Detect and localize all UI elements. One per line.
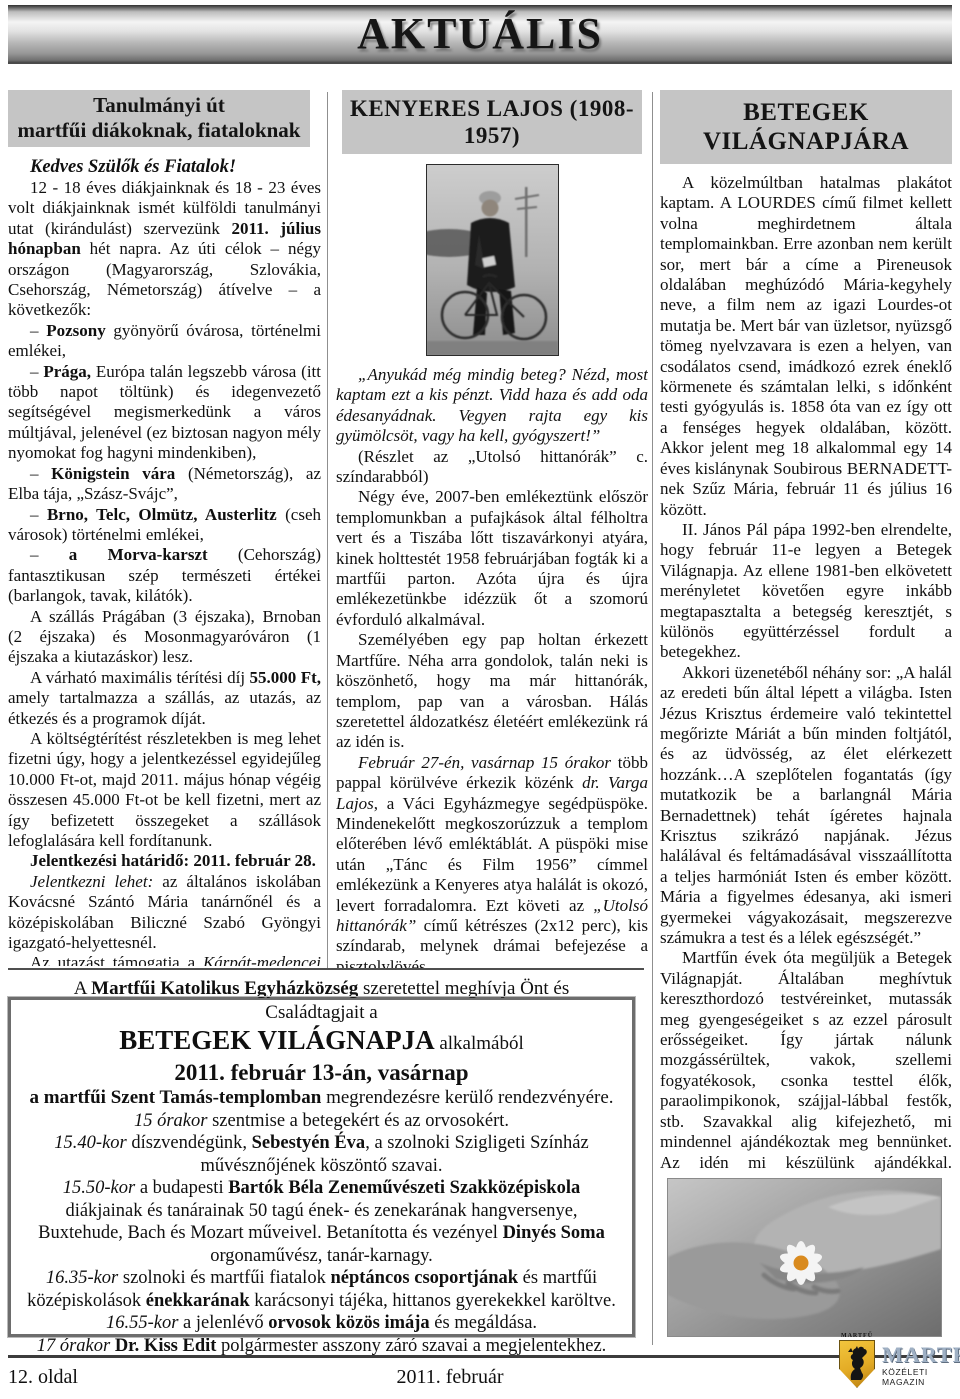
text-segment: díszvendégünk, [127,1133,252,1153]
hands-daisy-photo [667,1178,942,1337]
text-segment: a Morva-karszt [69,545,208,564]
paragraph: Négy éve, 2007-ben emlékeztünk először t… [336,487,648,630]
paragraph: 15.50-kor a budapesti Bartók Béla Zenemű… [22,1177,621,1267]
paragraph: A szállás Prágában (3 éjszaka), Brnoban … [8,607,321,668]
text-segment: II. János Pál pápa 1992-ben elrendelte, … [660,520,952,661]
shield-icon [839,1340,875,1388]
text-segment: 15.40-kor [54,1133,126,1153]
paragraph: A várható maximális térítési díj 55.000 … [8,668,321,729]
article-kenyeres-lajos: KENYERES LAJOS (1908-1957) [336,90,648,968]
text-segment: Jelentkezési határidő: 2011. február 28. [30,851,316,870]
text-segment: Dr. Kiss Edit [115,1336,217,1356]
martfu-wordmark: MARTFŰ KÖZÉLETI MAGAZIN [882,1343,960,1387]
text-segment: a jelenlévő [178,1313,268,1333]
text-segment: a budapesti [135,1178,228,1198]
footer-rule [8,1355,952,1358]
article-betegek-vilagnapjara: BETEGEK VILÁGNAPJÁRA A közelmúltban hata… [660,90,952,1176]
paragraph: Kedves Szülők és Fiatalok! [8,156,321,178]
text-segment: Prága, [43,362,91,381]
article-kenyeres-body: „Anyukád még mindig beteg? Nézd, most ka… [336,365,648,968]
text-segment: Kedves Szülők és Fiatalok! [30,157,236,177]
article-study-trip-title: Tanulmányi út martfűi diákoknak, fiatalo… [8,90,310,147]
text-segment: Jelentkezni lehet: [30,872,153,891]
text-segment: BETEGEK VILÁGNAPJA [119,1025,434,1055]
text-segment: Akkori üzenetéből néhány sor: „A halál a… [660,663,952,947]
text-segment: 2011. február 13-án, vasárnap [174,1060,468,1085]
kenyeres-photo-illustration [427,165,558,355]
text-segment: 15 órakor [134,1111,208,1131]
paragraph: – Königstein vára (Németország), az Elba… [8,464,321,505]
hands-daisy-illustration [668,1179,941,1336]
text-segment: (Részlet az „Utolsó hittanórák” c. színd… [336,447,648,486]
text-segment: Személyében egy pap holtan érkezett Mart… [336,630,648,751]
paragraph: Február 27-én, vasárnap 15 órakor több p… [336,753,648,968]
column-divider-right [652,92,653,1345]
text-segment: Brno, Telc, Olmütz, Austerlitz [47,505,277,524]
paragraph: „Anyukád még mindig beteg? Nézd, most ka… [336,365,648,447]
text-segment: énekkarának [146,1291,250,1311]
text-segment: – [30,464,51,483]
paragraph: – a Morva-karszt (Cehország) fantasztiku… [8,545,321,606]
wordmark-name: MARTFŰ [882,1343,960,1367]
text-segment: Martfűn évek óta megüljük a Betegek Vilá… [660,948,952,1176]
text-segment: Bartók Béla Zeneművészeti Szakközépiskol… [228,1178,580,1198]
text-segment: „Anyukád még mindig beteg? Nézd, most ka… [336,365,648,445]
paragraph: (Részlet az „Utolsó hittanórák” c. színd… [336,447,648,488]
wordmark-tagline: KÖZÉLETI MAGAZIN [882,1367,960,1387]
paragraph: A közelmúltban hatalmas plakátot kaptam.… [660,173,952,520]
text-segment: és megáldása. [430,1313,537,1333]
paragraph: Az utazást támogatja a Kárpát-medencei M… [8,953,321,966]
paragraph: 17 órakor Dr. Kiss Edit polgármester ass… [22,1335,621,1358]
text-segment: Königstein vára [51,464,175,483]
text-segment: karácsonyi tájéka, hittanos gyerekekkel … [250,1291,616,1311]
text-segment: Sebestyén Éva [252,1133,366,1153]
text-segment: – [30,321,46,340]
banner-title: AKTUÁLIS [357,8,603,59]
text-segment: Pozsony [46,321,106,340]
article-betegek-title: BETEGEK VILÁGNAPJÁRA [660,90,952,164]
text-segment: diákjainak és tanárainak 50 tagú ének- é… [38,1201,577,1244]
paragraph: 15.40-kor díszvendégünk, Sebestyén Éva, … [22,1132,621,1177]
paragraph: II. János Pál pápa 1992-ben elrendelte, … [660,520,952,663]
title-line-2: martfűi diákoknak, fiataloknak [8,118,310,143]
article-study-trip-body: Kedves Szülők és Fiatalok!12 - 18 éves d… [8,156,321,966]
kenyeres-photo [426,164,559,356]
text-segment: amely tartalmazza a szállás, az utazás, … [8,688,321,727]
text-segment: – [30,362,43,381]
text-segment: Martfűi Katolikus Egyházközség [91,978,358,999]
paragraph: Személyében egy pap holtan érkezett Mart… [336,630,648,752]
text-segment: – [30,545,69,564]
paragraph: a martfűi Szent Tamás-templomban megrend… [22,1086,621,1110]
text-segment: megrendezésre kerülő rendezvényére. [321,1087,613,1108]
paragraph: Akkori üzenetéből néhány sor: „A halál a… [660,663,952,949]
martfu-logo: MARTFŰ MARTFŰ KÖZÉLETI MAGAZIN [818,1333,958,1397]
text-segment: 15.50-kor [63,1178,135,1198]
text-segment: A szállás Prágában (3 éjszaka), Brnoban … [8,607,321,667]
shield-label: MARTFŰ [836,1333,878,1339]
article-betegek-body: A közelmúltban hatalmas plakátot kaptam.… [660,173,952,1176]
text-segment: szentmise a betegekért és az orvosokért. [207,1111,509,1131]
paragraph: 16.35-kor szolnoki és martfűi fiatalok n… [22,1267,621,1312]
paragraph: 16.55-kor a jelenlévő orvosok közös imáj… [22,1312,621,1335]
paragraph: – Prága, Európa talán legszebb városa (i… [8,362,321,464]
martfu-shield: MARTFŰ [836,1333,878,1388]
column-divider-left [327,92,328,968]
horizontal-separator [8,968,644,970]
text-segment: néptáncos csoportjának [330,1268,518,1288]
text-segment: – [30,505,47,524]
text-segment: A várható maximális térítési díj [30,668,250,687]
invitation-box: A Martfűi Katolikus Egyházközség szerete… [8,997,635,1337]
text-segment: Február 27-én, vasárnap 15 órakor [358,753,611,772]
text-segment: orgonaművész, tanár-karnagy. [210,1246,433,1266]
text-segment: A közelmúltban hatalmas plakátot kaptam.… [660,173,952,519]
text-segment: Az utazást támogatja a [30,953,203,966]
paragraph: A Martfűi Katolikus Egyházközség szerete… [22,977,621,1025]
article-kenyeres-title: KENYERES LAJOS (1908-1957) [342,90,642,154]
text-segment: orvosok közös imája [268,1313,429,1333]
text-segment: 55.000 Ft, [250,668,321,687]
paragraph: – Brno, Telc, Olmütz, Austerlitz (cseh v… [8,505,321,546]
paragraph: 15 órakor szentmise a betegekért és az o… [22,1110,621,1133]
paragraph: Jelentkezési határidő: 2011. február 28. [8,851,321,871]
text-segment: Négy éve, 2007-ben emlékeztünk először t… [336,487,648,628]
title-line-1: Tanulmányi út [8,93,310,118]
text-segment: 16.35-kor [46,1268,118,1288]
text-segment: 16.55-kor [106,1313,178,1333]
paragraph: 12 - 18 éves diákjainknak és 18 - 23 éve… [8,178,321,321]
text-segment: a martfűi Szent Tamás-templomban [29,1087,321,1108]
text-segment: polgármester asszony záró szavai a megje… [216,1336,606,1356]
text-segment: Dinyés Soma [503,1223,605,1243]
paragraph: Jelentkezni lehet: az általános iskolába… [8,872,321,954]
text-segment: A [74,978,91,999]
text-segment: 17 órakor [37,1336,111,1356]
paragraph: Martfűn évek óta megüljük a Betegek Vilá… [660,948,952,1176]
paragraph: BETEGEK VILÁGNAPJA alkalmából [22,1025,621,1059]
page-banner: AKTUÁLIS [8,5,952,64]
issue-date: 2011. február [0,1366,900,1389]
paragraph: – Pozsony gyönyörű óvárosa, történelmi e… [8,321,321,362]
text-segment: szolnoki és martfűi fiatalok [118,1268,330,1288]
text-segment: A költségtérítést részletekben is meg le… [8,729,321,850]
text-segment: alkalmából [435,1033,524,1054]
article-study-trip: Tanulmányi út martfűi diákoknak, fiatalo… [8,90,321,966]
paragraph: A költségtérítést részletekben is meg le… [8,729,321,851]
paragraph: 2011. február 13-án, vasárnap [22,1059,621,1086]
lion-icon [844,1344,870,1382]
